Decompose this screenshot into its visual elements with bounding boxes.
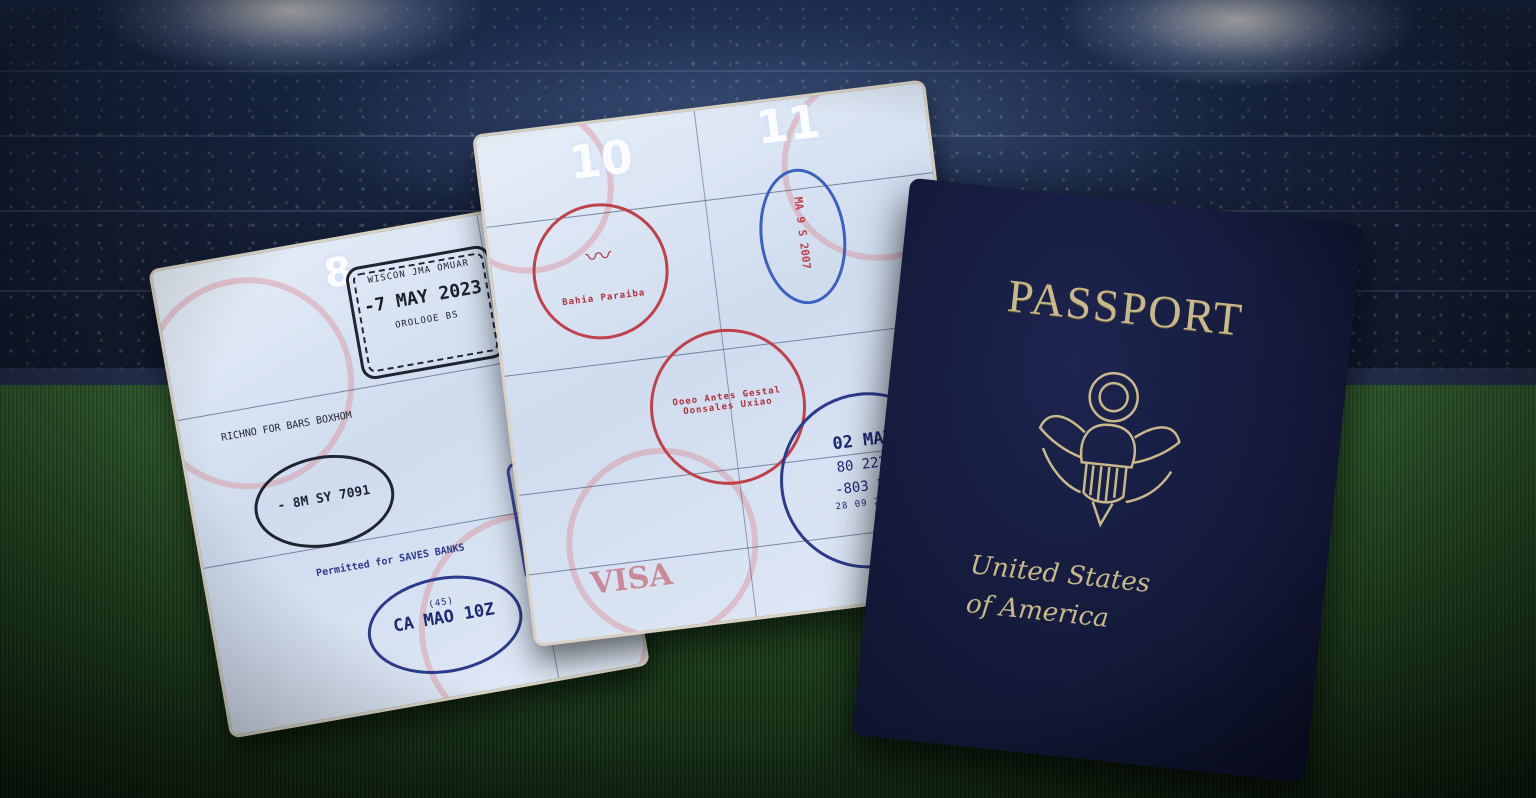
eagle-seal-icon	[1015, 356, 1202, 543]
stamp-text: Ooeo Antes Gestal Oonsales Uxiao	[652, 383, 803, 421]
stamp-date: MA 9 S 2007	[791, 192, 814, 273]
page-number-10: 10	[566, 129, 636, 190]
page-number-11: 11	[753, 94, 823, 155]
country-name: United States of America	[964, 546, 1152, 642]
passport-title: PASSPORT	[897, 257, 1355, 357]
entry-stamp-may-2023: WISCON JMA OMUAR -7 MAY 2023 OROLOOE BS	[344, 244, 508, 382]
stamp-date: - 8M SY 7091	[256, 479, 392, 517]
whale-icon: 〰	[532, 229, 666, 282]
passport-cover: PASSPORT United States of America	[852, 178, 1363, 782]
stamp-text: Bahia Paraiba	[539, 285, 669, 311]
stand-tier	[0, 70, 1536, 72]
stadium-scene: 8 WISCON JMA OMUAR -7 MAY 2023 OROLOOE B…	[0, 0, 1536, 798]
